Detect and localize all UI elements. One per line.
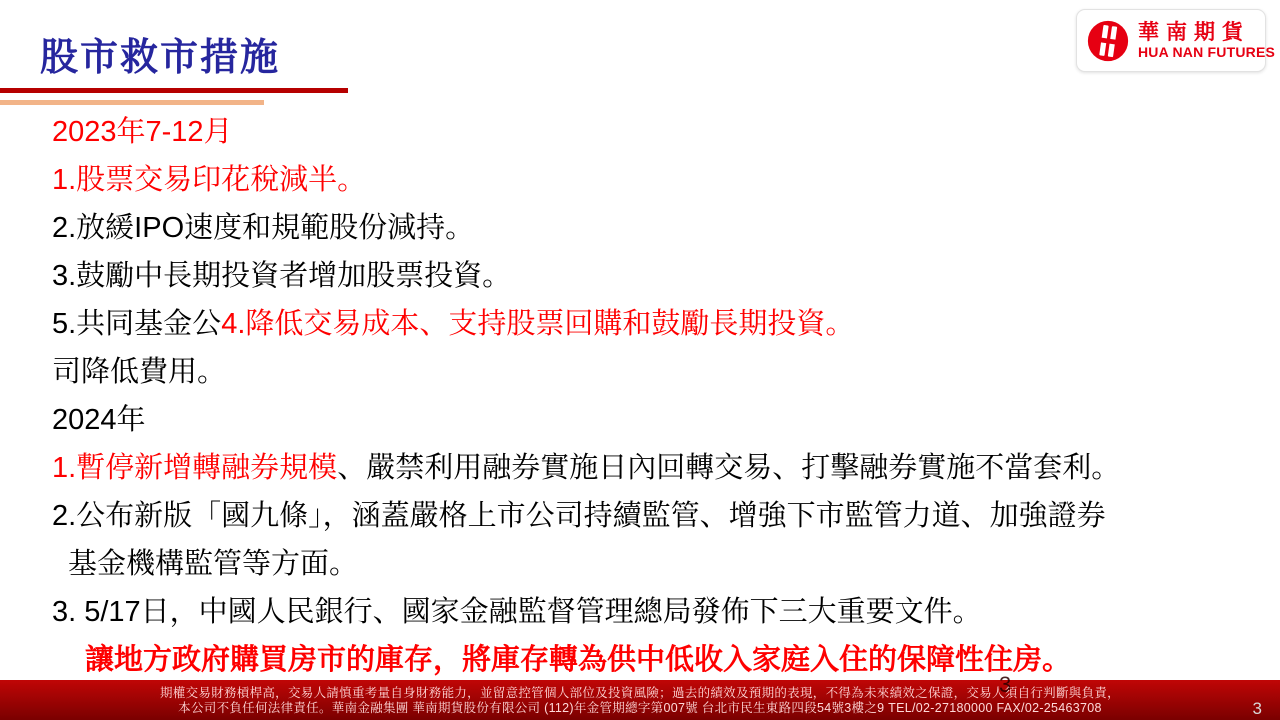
content-line: 2023年7-12月 bbox=[0, 108, 1280, 156]
text-segment: 2023年7-12月 bbox=[52, 116, 233, 148]
content-line: 基金機構監管等方面。 bbox=[0, 540, 1280, 588]
text-segment: 讓地方政府購買房市的庫存，將庫存轉為供中低收入家庭入住的保障性住房。 bbox=[85, 644, 1071, 676]
content-area: 2023年7-12月1.股票交易印花稅減半。2.放緩IPO速度和規範股份減持。3… bbox=[0, 108, 1280, 684]
title-underline-red bbox=[0, 88, 348, 93]
content-line: 讓地方政府購買房市的庫存，將庫存轉為供中低收入家庭入住的保障性住房。 bbox=[0, 636, 1280, 684]
text-segment: 5.共同基金公 bbox=[52, 308, 221, 340]
text-segment: 1.暫停新增轉融券規模 bbox=[52, 452, 337, 484]
content-line: 1.股票交易印花稅減半。 bbox=[0, 156, 1280, 204]
content-line: 2.公布新版「國九條」，涵蓋嚴格上市公司持續監管、增強下市監管力道、加強證券 bbox=[0, 492, 1280, 540]
disclaimer-line-1: 期權交易財務槓桿高，交易人請慎重考量自身財務能力，並留意控管個人部位及投資風險；… bbox=[160, 686, 1120, 701]
page-title: 股市救市措施 bbox=[40, 26, 280, 81]
huanan-circle-h-icon bbox=[1085, 18, 1131, 64]
content-line: 3.鼓勵中長期投資者增加股票投資。 bbox=[0, 252, 1280, 300]
logo-text: 華南期貨 HUA NAN FUTURES bbox=[1138, 20, 1275, 61]
logo-name-chinese: 華南期貨 bbox=[1138, 20, 1275, 44]
logo-name-english: HUA NAN FUTURES bbox=[1138, 44, 1275, 61]
text-segment: 3.鼓勵中長期投資者增加股票投資。 bbox=[52, 260, 511, 292]
content-line: 5.共同基金公4.降低交易成本、支持股票回購和鼓勵長期投資。 bbox=[0, 300, 1280, 348]
company-logo: 華南期貨 HUA NAN FUTURES bbox=[1076, 9, 1266, 72]
text-segment: 2.公布新版「國九條」，涵蓋嚴格上市公司持續監管、增強下市監管力道、加強證券 bbox=[52, 500, 1106, 532]
footer-disclaimer-bar: 3 期權交易財務槓桿高，交易人請慎重考量自身財務能力，並留意控管個人部位及投資風… bbox=[0, 680, 1280, 720]
text-segment: 4.降低交易成本、支持股票回購和鼓勵長期投資。 bbox=[221, 308, 854, 340]
disclaimer-line-2: 本公司不負任何法律責任。華南金融集團 華南期貨股份有限公司 (112)年金管期總… bbox=[178, 701, 1102, 716]
page-number: 3 bbox=[1253, 699, 1262, 719]
text-segment: 2.放緩IPO速度和規範股份減持。 bbox=[52, 212, 474, 244]
text-segment: 、嚴禁利用融券實施日內回轉交易、打擊融券實施不當套利。 bbox=[337, 452, 1120, 484]
content-line: 3. 5/17日，中國人民銀行、國家金融監督管理總局發佈下三大重要文件。 bbox=[0, 588, 1280, 636]
text-segment: 基金機構監管等方面。 bbox=[68, 548, 358, 580]
slide: 股市救市措施 華南期貨 HUA NAN FUTURES 2023年7-12月1.… bbox=[0, 0, 1280, 720]
text-segment: 3. 5/17日，中國人民銀行、國家金融監督管理總局發佈下三大重要文件。 bbox=[52, 596, 982, 628]
content-line: 2024年 bbox=[0, 396, 1280, 444]
content-line: 1.暫停新增轉融券規模、嚴禁利用融券實施日內回轉交易、打擊融券實施不當套利。 bbox=[0, 444, 1280, 492]
text-segment: 2024年 bbox=[52, 404, 146, 436]
text-segment: 1.股票交易印花稅減半。 bbox=[52, 164, 366, 196]
content-line: 2.放緩IPO速度和規範股份減持。 bbox=[0, 204, 1280, 252]
title-underline-tan bbox=[0, 100, 264, 105]
content-line: 司降低費用。 bbox=[0, 348, 1280, 396]
text-segment: 司降低費用。 bbox=[52, 356, 226, 388]
footer-lines: 期權交易財務槓桿高，交易人請慎重考量自身財務能力，並留意控管個人部位及投資風險；… bbox=[0, 680, 1280, 720]
